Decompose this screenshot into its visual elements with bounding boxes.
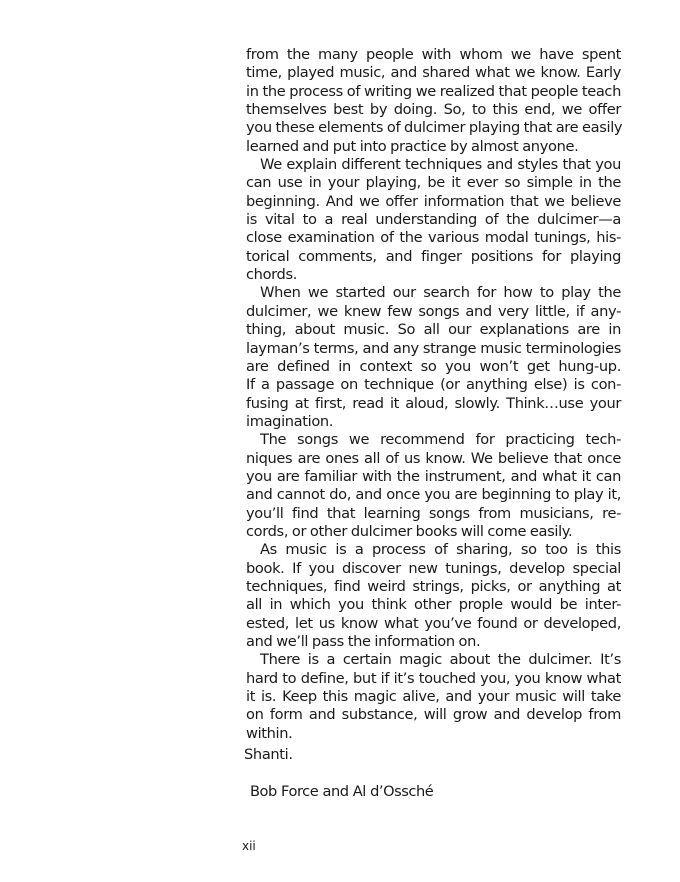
book-page: from the many people with whom we have s… <box>0 0 680 882</box>
text-line: We explain different techniques and styl… <box>246 156 621 174</box>
paragraph: The songs we recommend for practicing te… <box>246 431 621 541</box>
text-line: in the process of writing we realized th… <box>246 83 621 101</box>
text-line: niques are ones all of us know. We belie… <box>246 450 621 468</box>
paragraph: When we started our search for how to pl… <box>246 284 621 431</box>
text-line: thing, about music. So all our explanati… <box>246 321 621 339</box>
text-line: and we’ll pass the information on. <box>246 633 621 651</box>
text-line: are defined in context so you won’t get … <box>246 358 621 376</box>
text-line: time, played music, and shared what we k… <box>246 64 621 82</box>
text-line: The songs we recommend for practicing te… <box>246 431 621 449</box>
text-line: from the many people with whom we have s… <box>246 46 621 64</box>
text-line: you these elements of dulcimer playing t… <box>246 119 621 137</box>
text-line: As music is a process of sharing, so too… <box>246 541 621 559</box>
text-line: cords, or other dulcimer books will come… <box>246 523 621 541</box>
text-line: fusing at first, read it aloud, slowly. … <box>246 395 621 413</box>
text-line: techniques, find weird strings, picks, o… <box>246 578 621 596</box>
text-line: and cannot do, and once you are beginnin… <box>246 486 621 504</box>
text-line: imagination. <box>246 413 621 431</box>
text-line: can use in your playing, be it ever so s… <box>246 174 621 192</box>
text-line: learned and put into practice by almost … <box>246 138 621 156</box>
text-line: themselves best by doing. So, to this en… <box>246 101 621 119</box>
text-line: is vital to a real understanding of the … <box>246 211 621 229</box>
text-line: you’ll find that learning songs from mus… <box>246 505 621 523</box>
text-line: within. <box>246 725 621 743</box>
paragraph: We explain different techniques and styl… <box>246 156 621 284</box>
text-line: it is. Keep this magic alive, and your m… <box>246 688 621 706</box>
text-line: beginning. And we offer information that… <box>246 193 621 211</box>
text-line: hard to define, but if it’s touched you,… <box>246 670 621 688</box>
body-text: from the many people with whom we have s… <box>246 46 621 743</box>
paragraph: There is a certain magic about the dulci… <box>246 651 621 743</box>
text-line: all in which you think other prople woul… <box>246 596 621 614</box>
text-line: chords. <box>246 266 621 284</box>
signoff: Shanti. <box>244 746 293 763</box>
text-line: ested, let us know what you’ve found or … <box>246 615 621 633</box>
text-line: There is a certain magic about the dulci… <box>246 651 621 669</box>
text-line: When we started our search for how to pl… <box>246 284 621 302</box>
text-line: you are familiar with the instrument, an… <box>246 468 621 486</box>
paragraph: As music is a process of sharing, so too… <box>246 541 621 651</box>
text-line: torical comments, and finger positions f… <box>246 248 621 266</box>
text-line: layman’s terms, and any strange music te… <box>246 340 621 358</box>
text-line: dulcimer, we knew few songs and very lit… <box>246 303 621 321</box>
text-line: If a passage on technique (or anything e… <box>246 376 621 394</box>
text-line: on form and substance, will grow and dev… <box>246 706 621 724</box>
paragraph: from the many people with whom we have s… <box>246 46 621 156</box>
text-line: book. If you discover new tunings, devel… <box>246 560 621 578</box>
text-line: close examination of the various modal t… <box>246 229 621 247</box>
authors-signature: Bob Force and Al d’Ossché <box>250 783 433 800</box>
page-number: xii <box>242 839 256 853</box>
